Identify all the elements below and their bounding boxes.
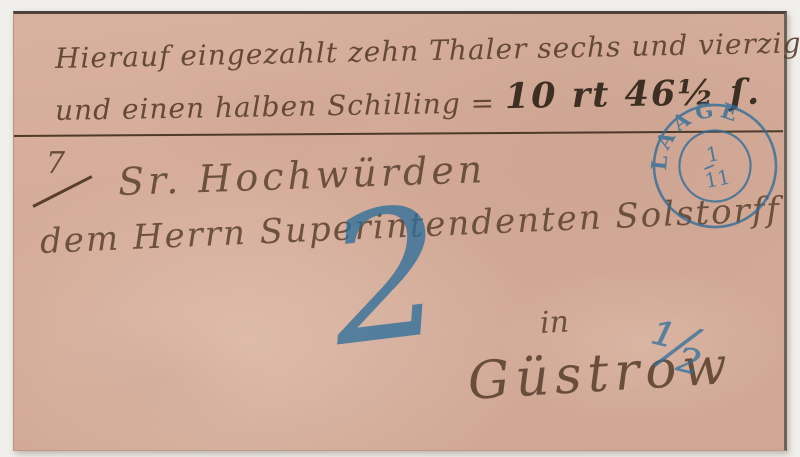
postmark-date-day: 1 xyxy=(704,141,721,167)
receipt-note-line2-text: und einen halben Schilling = xyxy=(55,86,496,127)
scanned-cover-photo: Hierauf eingezahlt zehn Thaler sechs und… xyxy=(0,0,800,457)
postmark-laage: LAAGE 1 11 xyxy=(648,99,782,233)
paper-stain xyxy=(54,314,274,444)
blue-rate-numeral: 2 xyxy=(320,182,454,372)
postmark-date: 1 11 xyxy=(698,140,732,193)
postmark-date-month: 11 xyxy=(703,165,733,193)
docket-numeral: 7 xyxy=(46,146,65,181)
address-preposition: in xyxy=(539,305,570,341)
postmark-svg: LAAGE 1 11 xyxy=(648,99,782,233)
